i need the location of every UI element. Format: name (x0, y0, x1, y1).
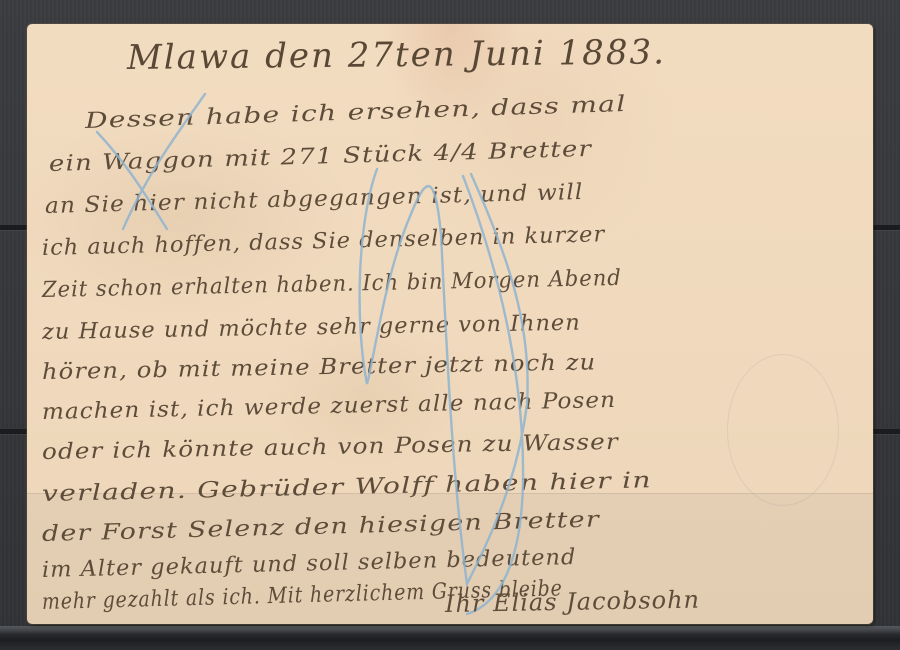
letter-dateline: Mlawa den 27ten Juni 1883. (127, 32, 666, 78)
letter-line: oder ich könnte auch von Posen zu Wasser (42, 430, 619, 465)
letter-line: hören, ob mit meine Bretter jetzt noch z… (42, 350, 597, 385)
letter-line: ich auch hoffen, dass Sie denselben in k… (42, 222, 606, 261)
stockbook-bottom-strip (0, 626, 900, 650)
letter-line: machen ist, ich werde zuerst alle nach P… (42, 388, 617, 425)
postmark-shadow (727, 354, 839, 506)
letter-line: Dessen habe ich ersehen, dass mal (85, 92, 627, 134)
letter-line: an Sie hier nicht abgegangen ist, und wi… (45, 180, 584, 219)
letter-signature-visible: Ihr Elias Jacobsohn (445, 586, 700, 618)
letter-line: ein Waggon mit 271 Stück 4/4 Bretter (49, 137, 593, 177)
letter-line: Zeit schon erhalten haben. Ich bin Morge… (42, 266, 622, 303)
letter-line: zu Hause und möchte sehr gerne von Ihnen (42, 311, 581, 345)
postcard: Mlawa den 27ten Juni 1883. Dessen habe i… (27, 24, 873, 624)
